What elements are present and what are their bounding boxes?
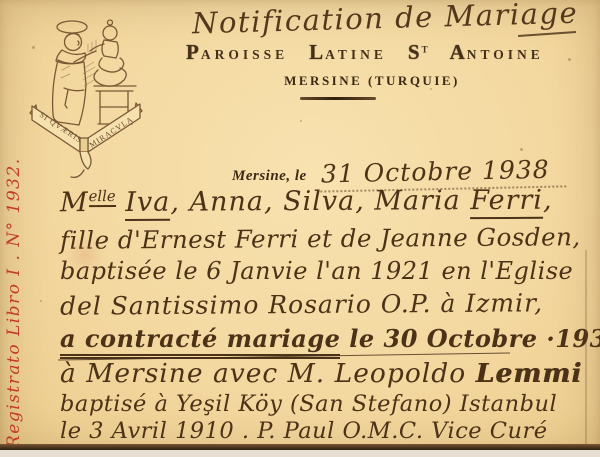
superscript-elle: elle [89,187,116,207]
parish-word: PAROISSE [186,46,288,63]
motto-right: MIRACVLA [88,115,135,150]
paper-stain [66,236,104,274]
body-line-4: del Santissimo Rosario O.P. à Izmir, [60,288,543,320]
halo-icon [57,21,87,33]
bride-first-name: Iva [125,187,170,221]
body-line-1: Melle Iva, Anna, Silva, Maria Ferri, [60,185,553,219]
parish-location: MERSINE (TURQUIE) [262,73,482,89]
body-line-5: a contracté mariage le 30 Octobre ·1938 [60,324,600,353]
parish-word: ST [408,46,429,63]
paper-speck [40,300,42,302]
paper-speck [520,148,523,151]
groom-surname: Lemmi [476,358,583,389]
signature-title: Vice Curé [431,418,575,447]
body-line-8: le 3 Avril 1910 . P. Paul O.M.C. Vice Cu… [60,418,576,444]
scan-background-strip [0,450,600,457]
paper-speck [32,46,35,49]
header-rule [300,97,376,100]
paper-speck [300,120,302,122]
paper-speck [430,88,432,90]
card-right-edge [585,250,587,446]
title-flourish [518,31,576,37]
parish-name: PAROISSE LATINE ST ANTOINE [186,40,561,65]
marriage-notification-card: SI QVÆRIS MIRACVLA Notification de Maria… [0,0,600,457]
body-line-3: baptisée le 6 Janvie l'an 1921 en l'Egli… [60,257,573,285]
paper-speck [568,58,571,61]
marriage-phrase: a contracté mariage [60,324,340,359]
bride-surname: Ferri [470,185,543,219]
dateline-printed: Mersine, le [232,168,307,184]
parish-word: ANTOINE [450,46,544,63]
registration-note: Registrato Libro I . N° 1932. [4,126,48,448]
body-line-2: fille d'Ernest Ferri et de Jeanne Gosden… [60,222,581,255]
parish-word: LATINE [309,46,387,63]
body-line-7: baptisé à Yeşil Köy (San Stefano) Istanb… [60,391,557,417]
body-line-6: à Mersine avec M. Leopoldo Lemmi [60,358,582,389]
